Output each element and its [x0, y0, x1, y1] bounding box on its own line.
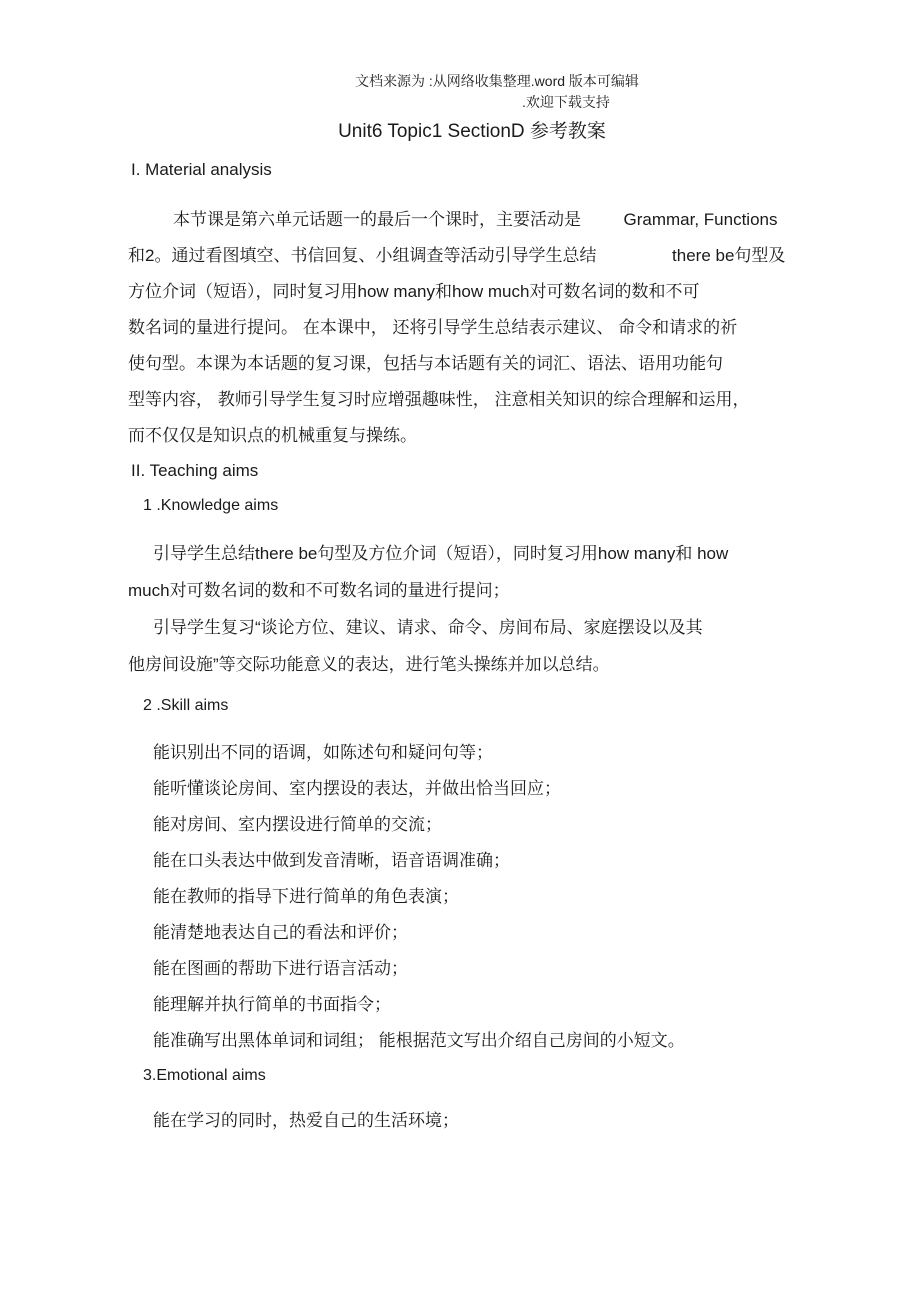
- skill-aim-line: 能准确写出黑体单词和词组； 能根据范文写出介绍自己房间的小短文。: [128, 1023, 685, 1059]
- section-heading-material-analysis: I. Material analysis: [131, 160, 272, 180]
- material-analysis-paragraph: 本节课是第六单元话题一的最后一个课时，主要活动是 Grammar, Functi…: [128, 202, 785, 454]
- paragraph-line: 他房间设施”等交际功能意义的表达，进行笔头操练并加以总结。: [128, 646, 728, 683]
- header-note-line-1: 文档来源为 :从网络收集整理.word 版本可编辑: [355, 71, 639, 91]
- paragraph-line: 数名词的量进行提问。 在本课中， 还将引导学生总结表示建议、 命令和请求的祈: [128, 310, 785, 346]
- skill-aim-line: 能在教师的指导下进行简单的角色表演；: [128, 879, 685, 915]
- paragraph-line: 方位介词（短语），同时复习用how many和how much对可数名词的数和不…: [128, 274, 785, 310]
- skill-aim-line: 能清楚地表达自己的看法和评价；: [128, 915, 685, 951]
- emotional-aims-paragraph: 能在学习的同时，热爱自己的生活环境；: [128, 1103, 459, 1139]
- subheading-knowledge-aims: 1 .Knowledge aims: [143, 496, 278, 516]
- skill-aim-line: 能对房间、室内摆设进行简单的交流；: [128, 807, 685, 843]
- header-note-line-2: .欢迎下载支持: [522, 92, 610, 112]
- paragraph-line: 使句型。本课为本话题的复习课，包括与本话题有关的词汇、语法、语用功能句: [128, 346, 785, 382]
- subheading-skill-aims: 2 .Skill aims: [143, 696, 228, 716]
- skill-aim-line: 能在图画的帮助下进行语言活动；: [128, 951, 685, 987]
- section-heading-teaching-aims: II. Teaching aims: [131, 461, 258, 481]
- skill-aims-list: 能识别出不同的语调，如陈述句和疑问句等； 能听懂谈论房间、室内摆设的表达，并做出…: [128, 735, 685, 1059]
- paragraph-line: 和2。通过看图填空、书信回复、小组调查等活动引导学生总结 there be句型及: [128, 238, 785, 274]
- skill-aim-line: 能在口头表达中做到发音清晰，语音语调准确；: [128, 843, 685, 879]
- skill-aim-line: 能听懂谈论房间、室内摆设的表达，并做出恰当回应；: [128, 771, 685, 807]
- paragraph-line: much对可数名词的数和不可数名词的量进行提问；: [128, 572, 728, 609]
- skill-aim-line: 能理解并执行简单的书面指令；: [128, 987, 685, 1023]
- paragraph-line: 引导学生总结there be句型及方位介词（短语），同时复习用how many和…: [128, 535, 728, 572]
- paragraph-line: 型等内容， 教师引导学生复习时应增强趣味性， 注意相关知识的综合理解和运用，: [128, 382, 785, 418]
- page-title: Unit6 Topic1 SectionD 参考教案: [0, 120, 920, 144]
- document-page: 文档来源为 :从网络收集整理.word 版本可编辑 .欢迎下载支持 Unit6 …: [0, 0, 920, 1303]
- skill-aim-line: 能识别出不同的语调，如陈述句和疑问句等；: [128, 735, 685, 771]
- paragraph-line: 而不仅仅是知识点的机械重复与操练。: [128, 418, 785, 454]
- paragraph-line: 本节课是第六单元话题一的最后一个课时，主要活动是 Grammar, Functi…: [128, 202, 785, 238]
- subheading-emotional-aims: 3.Emotional aims: [143, 1066, 266, 1086]
- paragraph-line: 引导学生复习“谈论方位、建议、请求、命令、房间布局、家庭摆设以及其: [128, 609, 728, 646]
- knowledge-aims-paragraph: 引导学生总结there be句型及方位介词（短语），同时复习用how many和…: [128, 535, 728, 683]
- paragraph-line: 能在学习的同时，热爱自己的生活环境；: [128, 1103, 459, 1139]
